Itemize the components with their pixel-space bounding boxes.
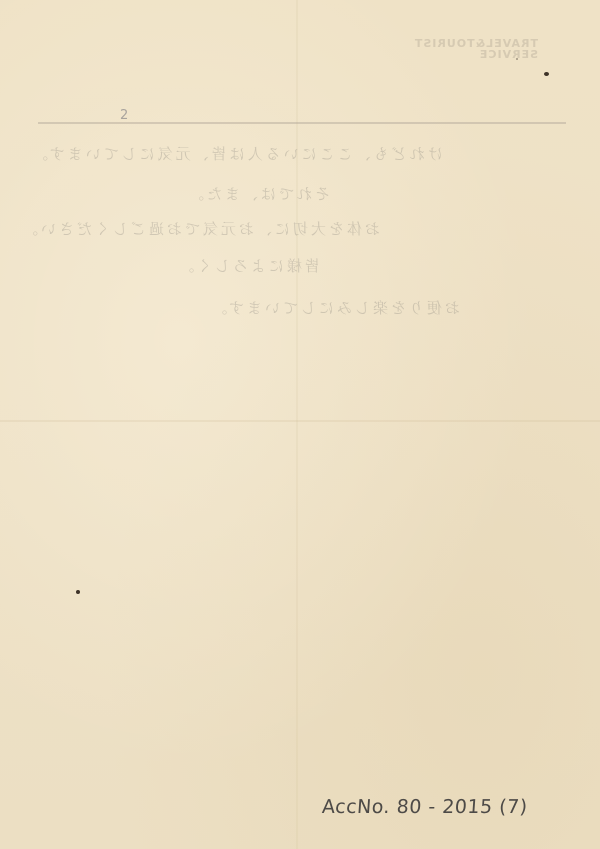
accession-annotation: AccNo. 80 - 2015 (7) [321, 796, 528, 818]
item-number: (7) [498, 796, 528, 818]
ink-speck [544, 72, 549, 76]
paper-speck [516, 58, 518, 60]
accession-label: AccNo. [321, 796, 391, 818]
accession-number: 80 - 2015 [396, 796, 494, 818]
show-through-line: お体を大切に、お元気でお過ごしください。 [20, 218, 590, 239]
ink-speck [76, 590, 80, 594]
page-mark: 2 [120, 108, 128, 123]
show-through-line: 皆様によろしく。 [20, 255, 320, 276]
show-through-line: お便りを楽しみにしています。 [200, 297, 460, 318]
show-through-line: けれども、ここにいる人は皆、元気にしています。 [30, 143, 590, 164]
paper-fold-vertical [296, 0, 298, 849]
paper-fold-horizontal [0, 420, 600, 422]
show-through-line: それでは、また。 [30, 183, 330, 204]
document-page: TRAVEL&TOURIST SERVICE 2 けれども、ここにいる人は皆、元… [0, 0, 600, 849]
stamp-line-2: SERVICE [418, 49, 538, 60]
header-rule [38, 122, 566, 124]
stamp-show-through: TRAVEL&TOURIST SERVICE [418, 38, 538, 68]
